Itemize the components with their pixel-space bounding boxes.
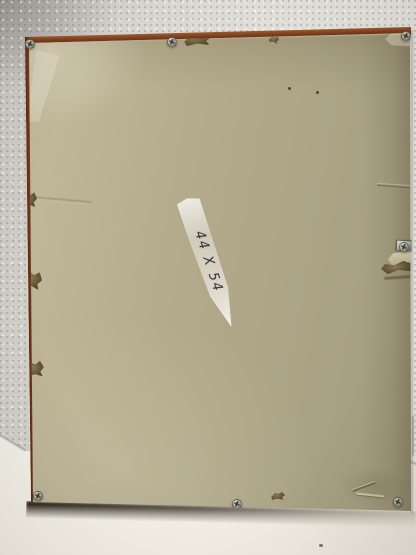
photo-frame-back: Photograph of the back of a picture fram…	[0, 0, 416, 555]
screw-head	[393, 497, 403, 507]
screw-head	[33, 491, 43, 501]
frame-back: 44 X 54	[0, 0, 416, 555]
frame-right-edge-shadow	[411, 30, 414, 513]
screw-layer	[0, 0, 416, 555]
screw-head	[25, 39, 35, 49]
screw-head	[167, 37, 177, 47]
screw-head	[401, 31, 411, 41]
screw-head	[232, 499, 242, 509]
screw-head	[399, 242, 409, 252]
surface-speck	[319, 544, 323, 547]
